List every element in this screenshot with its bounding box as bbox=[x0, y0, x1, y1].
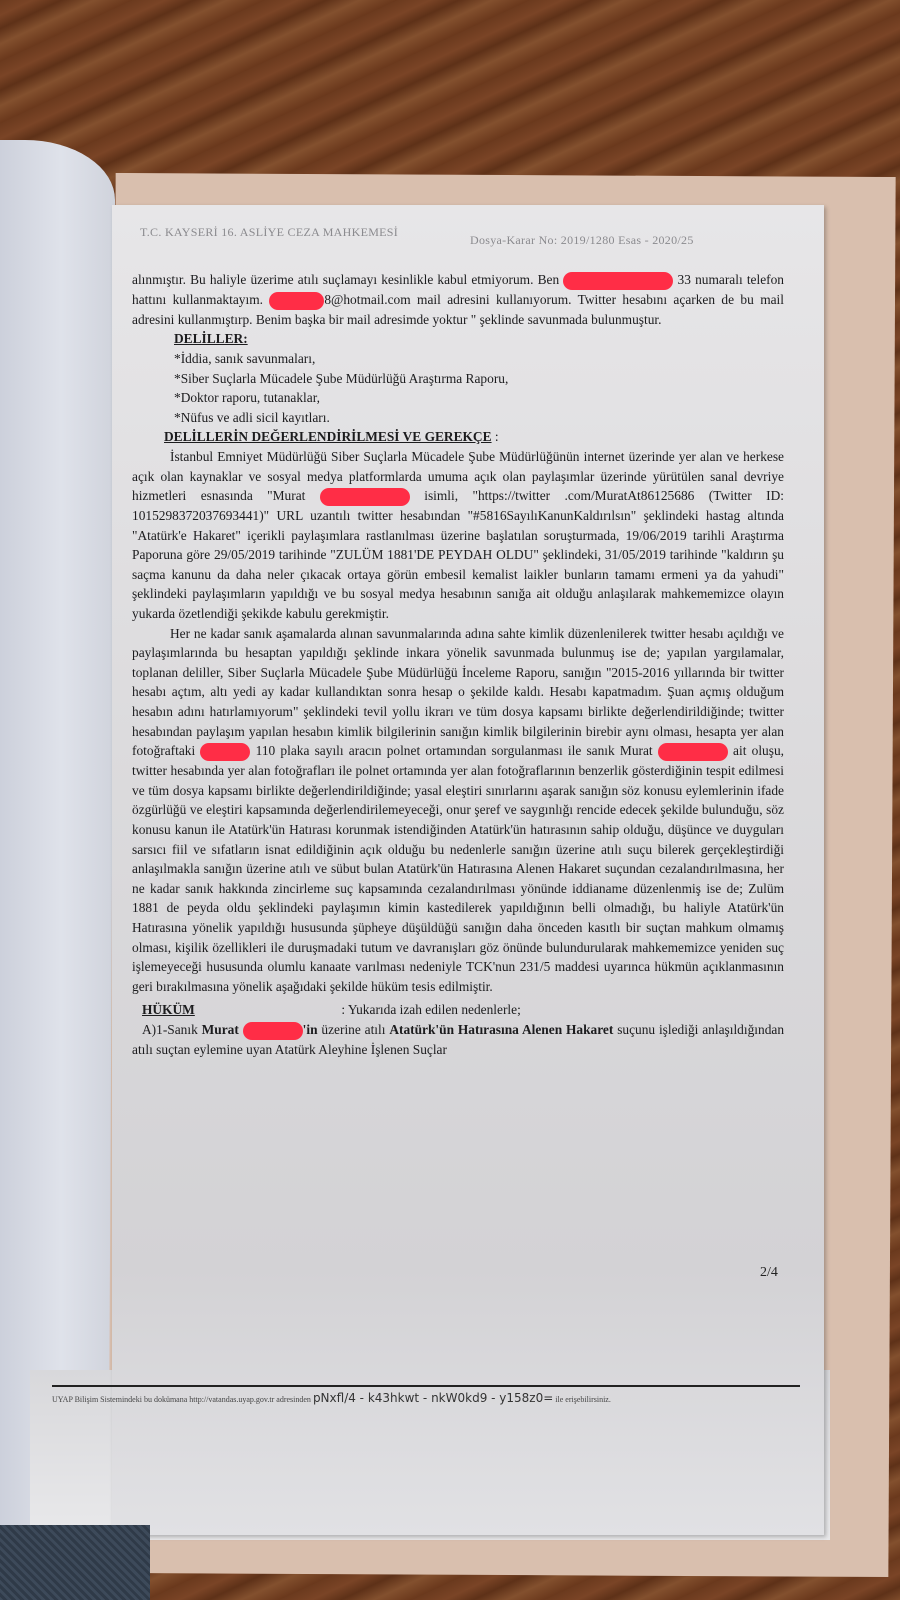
evidence-item: *Nüfus ve adli sicil kayıtları. bbox=[174, 408, 784, 428]
background-fabric bbox=[0, 1525, 150, 1600]
evidence-item: *Siber Suçlarla Mücadele Şube Müdürlüğü … bbox=[174, 369, 784, 389]
verification-code: pNxfl/4 - k43hkwt - nkW0kd9 - y158z0= bbox=[313, 1391, 553, 1405]
redaction-mark bbox=[563, 272, 673, 290]
defense-statement: alınmıştır. Bu haliyle üzerime atılı suç… bbox=[132, 270, 784, 329]
redaction-mark bbox=[243, 1022, 303, 1040]
court-name: T.C. KAYSERİ 16. ASLİYE CEZA MAHKEMESİ bbox=[140, 225, 398, 240]
evaluation-heading: DELİLLERİN DEĞERLENDİRİLMESİ VE GEREKÇE bbox=[164, 429, 492, 444]
footer-rule bbox=[52, 1385, 800, 1387]
verdict-item-a1: A)1-Sanık Murat 'in üzerine atılı Atatür… bbox=[132, 1020, 784, 1060]
evidence-heading: DELİLLER: bbox=[174, 329, 784, 349]
evidence-item: *İddia, sanık savunmaları, bbox=[174, 349, 784, 369]
reasoning-paragraph: Her ne kadar sanık aşamalarda alınan sav… bbox=[132, 624, 784, 997]
verdict-label: HÜKÜM bbox=[142, 1000, 338, 1020]
redaction-mark bbox=[200, 743, 250, 761]
redaction-mark bbox=[320, 488, 410, 506]
evaluation-paragraph: İstanbul Emniyet Müdürlüğü Siber Suçlarl… bbox=[132, 447, 784, 624]
evidence-item: *Doktor raporu, tutanaklar, bbox=[174, 388, 784, 408]
footer: UYAP Bilişim Sistemindeki bu dokümana ht… bbox=[52, 1391, 812, 1405]
evaluation-heading-row: DELİLLERİN DEĞERLENDİRİLMESİ VE GEREKÇE … bbox=[164, 427, 784, 447]
verdict-intro: : Yukarıda izah edilen nedenlerle; bbox=[341, 1002, 520, 1017]
file-number: Dosya-Karar No: 2019/1280 Esas - 2020/25 bbox=[470, 233, 694, 248]
redaction-mark bbox=[658, 743, 728, 761]
document-body: alınmıştır. Bu haliyle üzerime atılı suç… bbox=[132, 270, 784, 1059]
redaction-mark bbox=[269, 292, 324, 310]
page-number: 2/4 bbox=[760, 1265, 778, 1281]
verdict-heading-row: HÜKÜM : Yukarıda izah edilen nedenlerle; bbox=[142, 1000, 784, 1020]
